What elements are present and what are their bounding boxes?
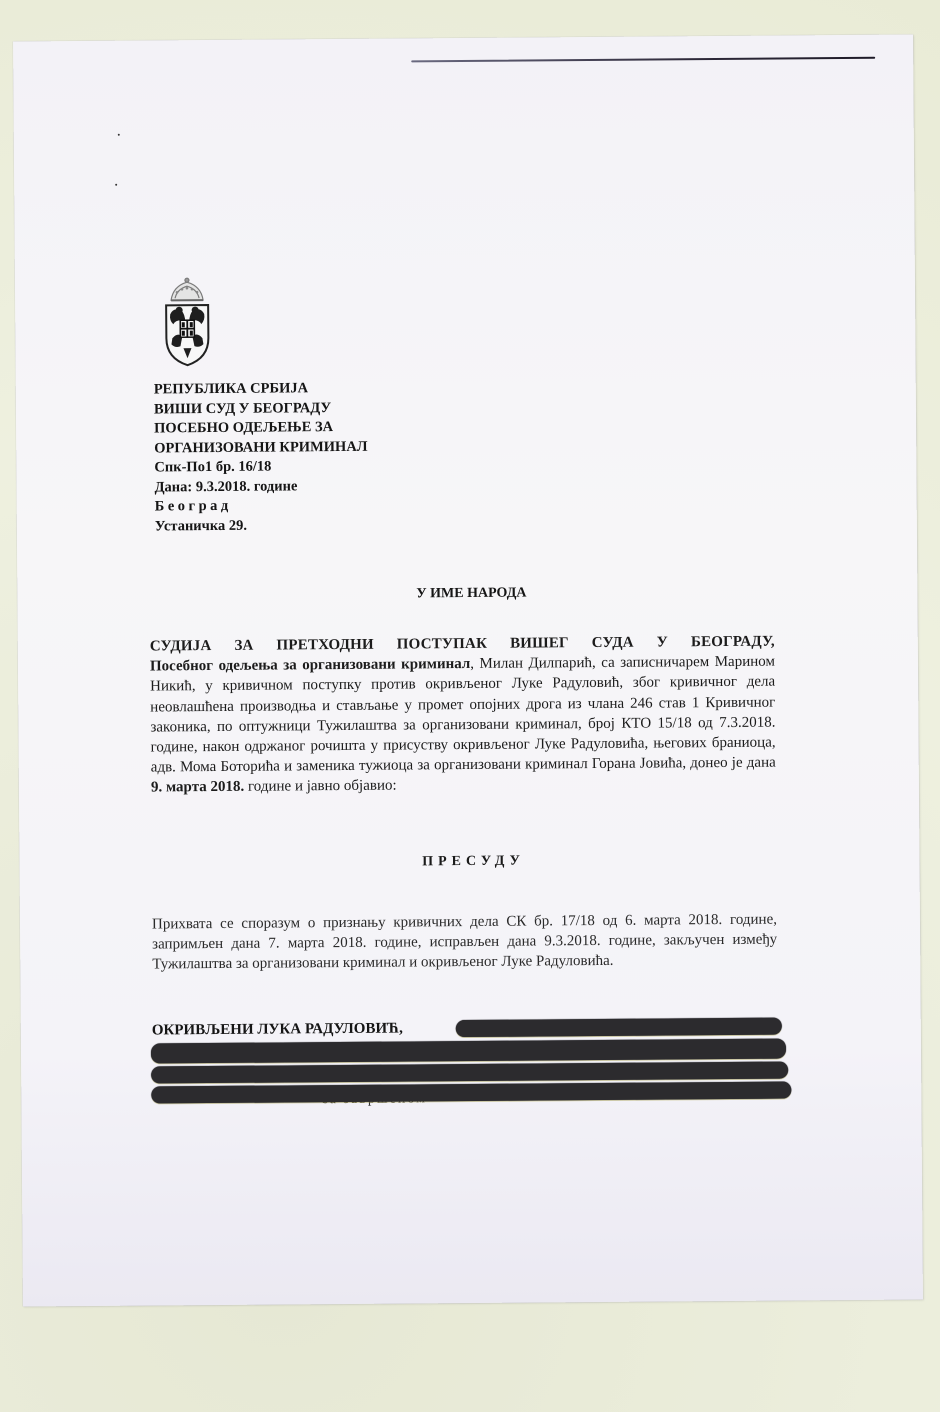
top-rule-line (411, 57, 875, 63)
redaction-bar (151, 1081, 791, 1103)
header-court: ВИШИ СУД У БЕОГРАДУ (154, 398, 367, 419)
intro-department: Посебног одељења за организовани кримина… (150, 656, 470, 675)
intro-lead-line: СУДИЈА ЗА ПРЕТХОДНИ ПОСТУПАК ВИШЕГ СУДА … (150, 632, 775, 657)
intro-paragraph: СУДИЈА ЗА ПРЕТХОДНИ ПОСТУПАК ВИШЕГ СУДА … (150, 632, 776, 799)
paper-speck (118, 134, 120, 136)
intro-text-end: године и јавно објавио: (244, 778, 397, 795)
defendant-label: ОКРИВЉЕНИ ЛУКА РАДУЛОВИЋ, (152, 1021, 403, 1040)
court-address: Устаничка 29. (155, 515, 368, 536)
verdict-heading: ПРЕСУДУ (19, 850, 919, 873)
document-date: Дана: 9.3.2018. године (154, 476, 367, 497)
redaction-bar (456, 1018, 782, 1038)
judgment-date: 9. марта 2018. (151, 779, 244, 796)
verdict-paragraph: Прихвата се споразум о признању кривични… (152, 910, 777, 976)
in-the-name-of-people-heading: У ИМЕ НАРОДА (17, 582, 917, 605)
redaction-bar (151, 1039, 786, 1064)
case-number: Спк-По1 бр. 16/18 (154, 457, 367, 478)
serbian-coat-of-arms-icon (161, 276, 214, 368)
city: Београд (155, 496, 368, 517)
header-republic: РЕПУБЛИКА СРБИЈА (154, 379, 367, 400)
redaction-bar (151, 1061, 788, 1083)
document-page: РЕПУБЛИКА СРБИЈА ВИШИ СУД У БЕОГРАДУ ПОС… (13, 34, 923, 1306)
header-department: ПОСЕБНО ОДЕЉЕЊЕ ЗА (154, 418, 367, 439)
paper-speck (115, 184, 117, 186)
court-header: РЕПУБЛИКА СРБИЈА ВИШИ СУД У БЕОГРАДУ ПОС… (154, 379, 369, 537)
header-department-2: ОРГАНИЗОВАНИ КРИМИНАЛ (154, 437, 367, 458)
